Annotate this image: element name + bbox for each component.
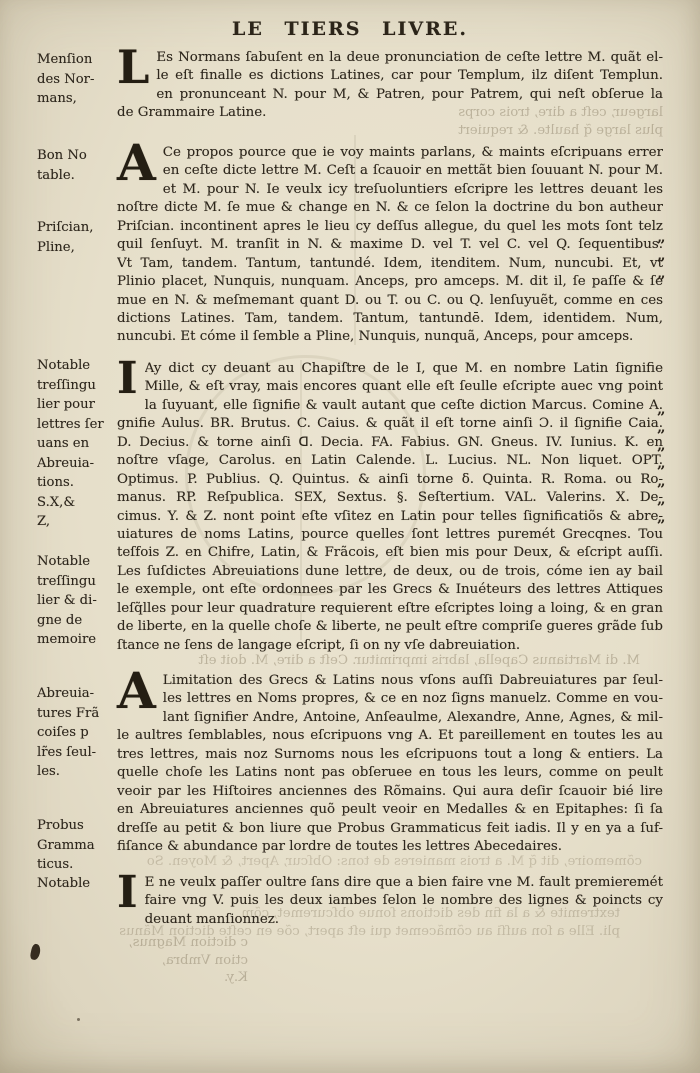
- quote-mark-icon: „: [657, 268, 666, 286]
- text-line: dreſſe au petit & bon liure que Probus G…: [117, 820, 663, 838]
- paragraph-jay-dict: I Ay dict cy deuant au Chapiſtre de le I…: [117, 360, 663, 655]
- paragraph-a-limitation: A Limitation des Grecs & Latins nous vſo…: [117, 672, 663, 856]
- text-line: nuncubi. Et cóme il ſemble a Pline, Nunq…: [117, 328, 663, 346]
- dropcap-letter: I: [117, 875, 138, 911]
- text-line: cimus. Y. & Z. nont point eſte vſitez en…: [117, 508, 663, 526]
- margin-note-mension-des-normans: Menſiondes Nor-mans,: [37, 50, 121, 109]
- text-line: veoir par les Hiſtoires anciennes des Rõ…: [117, 783, 663, 801]
- margin-note-line: lr̃es ſeul-: [37, 743, 121, 763]
- margin-note-line: gne de: [37, 611, 121, 631]
- margin-note-line: lettres ſer: [37, 415, 121, 435]
- text-line: le aultres ſemblables, nous eſcripuons v…: [117, 727, 663, 745]
- margin-note-line: Probus: [37, 816, 121, 836]
- text-line: lant ſignifier Andre, Antoine, Anſeaulme…: [163, 709, 663, 727]
- dropcap-letter: A: [117, 673, 156, 709]
- paragraph-normans: L Es Normans ſabuſent en la deue pronunc…: [117, 49, 663, 123]
- margin-note-probus-grammaticus: ProbusGrammaticus.: [37, 816, 121, 875]
- margin-note-line: Abreuia-: [37, 454, 121, 474]
- margin-note-line: treſſingu: [37, 376, 121, 396]
- margin-note-line: Menſion: [37, 50, 121, 70]
- margin-note-line: les.: [37, 762, 121, 782]
- text-line: Ce propos pource que ie voy maints parla…: [163, 144, 663, 162]
- margin-note-line: tures Frã: [37, 704, 121, 724]
- text-line: faire vng V. puis les deux iambes ſelon …: [145, 892, 663, 910]
- ghost-text-line: ction Vmbra,: [58, 952, 248, 970]
- margin-note-line: Notable: [37, 356, 121, 376]
- paragraph-ne-veulx-passer: I E ne veulx paſſer oultre ſans dire que…: [117, 874, 663, 929]
- margin-note-line: table.: [37, 166, 121, 186]
- margin-quote-marks-group1: „„„: [657, 232, 666, 287]
- text-line: Les ſuſdictes Abreuiations dune lettre, …: [117, 563, 663, 581]
- margin-note-notable: Notable: [37, 874, 121, 894]
- margin-note-line: Notable: [37, 874, 121, 894]
- text-line: gnifie Aulus. BR. Brutus. C. Caius. & qu…: [117, 415, 663, 433]
- text-line: D. Decius. & torne ainſi ᗡ. Decia. FA. F…: [117, 434, 663, 452]
- text-line: dictions Latines. Tam, tandem. Tantum, t…: [117, 310, 663, 328]
- text-line: les lettres en Noms propres, & ce en noz…: [163, 690, 663, 708]
- text-line: Limitation des Grecs & Latins nous vſons…: [163, 672, 663, 690]
- margin-note-digne-de-memoire: Notabletreſſingulier & di-gne dememoire: [37, 552, 121, 650]
- text-line: ſtance ne ſens de langage eſcript, ſi on…: [117, 637, 663, 655]
- margin-note-line: coiſes p: [37, 723, 121, 743]
- margin-note-bon-notable: Bon Notable.: [37, 146, 121, 185]
- ghost-text-line: c diction Magnus,: [58, 934, 248, 952]
- text-line: en ceſte dicte lettre M. Ceſt a ſcauoir …: [163, 162, 663, 180]
- book-page-scan: largeur, ceſt a dire, trois corpsplus la…: [0, 0, 700, 1073]
- dropcap-letter: L: [117, 50, 149, 86]
- text-line: manus. RP. Reſpublica. SEX, Sextus. §. S…: [117, 489, 663, 507]
- margin-note-line: mans,: [37, 89, 121, 109]
- text-line: uiatures de noms Latins, pource quelles …: [117, 526, 663, 544]
- text-line: noſtre vſage, Carolus. en Latin Calende.…: [117, 452, 663, 470]
- margin-note-line: lier pour: [37, 395, 121, 415]
- margin-note-line: Bon No: [37, 146, 121, 166]
- ink-blot: [29, 943, 41, 961]
- margin-note-line: uans en: [37, 434, 121, 454]
- running-head: LE TIERS LIVRE.: [232, 18, 468, 40]
- margin-note-line: S.X,&: [37, 493, 121, 513]
- quote-mark-icon: „: [657, 512, 666, 530]
- text-line: et M. pour N. Ie veulx icy treſuoluntier…: [163, 181, 663, 199]
- text-line: le exemple, ont eſte ordonnees par les G…: [117, 581, 663, 599]
- text-line: Es Normans ſabuſent en la deue pronuncia…: [156, 49, 663, 67]
- text-line: quil ſenſuyt. M. tranſit in N. & maxime …: [117, 236, 663, 254]
- margin-note-line: lier & di-: [37, 591, 121, 611]
- margin-note-line: Priſcian,: [37, 218, 121, 238]
- text-line: de liberte, en la quelle choſe & liberte…: [117, 618, 663, 636]
- ghost-text-line: K.y.: [58, 969, 248, 987]
- margin-note-abbreviations-sxz: Notabletreſſingulier pourlettres ſeruans…: [37, 356, 121, 532]
- margin-note-line: Abreuia-: [37, 684, 121, 704]
- text-line: teſfois Z. en Chifre, Latin, & Frãcois, …: [117, 544, 663, 562]
- text-line: E ne veulx paſſer oultre ſans dire que a…: [145, 874, 663, 892]
- margin-note-line: Notable: [37, 552, 121, 572]
- text-line: Plinio placet, Nunquis, nunquam. Anceps,…: [117, 273, 663, 291]
- text-line: Mille, & eſt vray, mais encores quant el…: [145, 378, 663, 396]
- text-line: en pronunceant N. pour M, & Patren, pour…: [156, 86, 663, 104]
- dropcap-letter: I: [117, 361, 138, 397]
- text-line: fiſance & abundance par lordre de toutes…: [117, 838, 663, 856]
- text-line: Optimus. P. Publius. Q. Quintus. & ainſi…: [117, 471, 663, 489]
- text-line: tres lettres, mais noz Surnoms nous les …: [117, 746, 663, 764]
- margin-note-line: treſſingu: [37, 572, 121, 592]
- text-line: leſq̃lles pour leur quadrature requieren…: [117, 600, 663, 618]
- dropcap-letter: A: [117, 145, 156, 181]
- text-line: noſtre dicte M. ſe mue & change en N. & …: [117, 199, 663, 217]
- ghost-text-line: plus large q̃ haulte. & requiert: [433, 122, 663, 140]
- text-line: quelle choſe les Latins nont pas obſerue…: [117, 764, 663, 782]
- paragraph-ce-propos: A Ce propos pource que ie voy maints par…: [117, 144, 663, 347]
- margin-note-line: des Nor-: [37, 70, 121, 90]
- margin-quote-marks-group2: „„„„„„„: [657, 404, 666, 530]
- text-line: deuant manſionnez.: [145, 911, 663, 929]
- margin-note-line: memoire: [37, 630, 121, 650]
- text-line: Priſcian. incontinent apres le lieu cy d…: [117, 218, 663, 236]
- margin-note-line: tions.: [37, 473, 121, 493]
- margin-note-line: ticus.: [37, 855, 121, 875]
- text-line: le eſt finalle es dictions Latines, car …: [156, 67, 663, 85]
- margin-note-abreviatures-francoises: Abreuia-tures Frãcoiſes plr̃es ſeul-les.: [37, 684, 121, 782]
- ghost-text: c diction Magnus,ction Vmbra,K.y.: [58, 934, 248, 987]
- text-line: en Abreuiatures anciennes quõ peult veoi…: [117, 801, 663, 819]
- ink-speck: [77, 1018, 80, 1021]
- margin-note-line: Z,: [37, 512, 121, 532]
- text-line: Vt Tam, tandem. Tantum, tantundé. Idem, …: [117, 255, 663, 273]
- text-line: Ay dict cy deuant au Chapiſtre de le I, …: [145, 360, 663, 378]
- margin-note-line: Pline,: [37, 238, 121, 258]
- text-line: la ſuyuant, elle ſignifie & vault autant…: [145, 397, 663, 415]
- margin-note-line: Gramma: [37, 836, 121, 856]
- text-line: mue en N. & meſmemant quant D. ou T. ou …: [117, 292, 663, 310]
- text-line: de Grammaire Latine.: [117, 104, 663, 122]
- margin-note-priscian-pline: Priſcian,Pline,: [37, 218, 121, 257]
